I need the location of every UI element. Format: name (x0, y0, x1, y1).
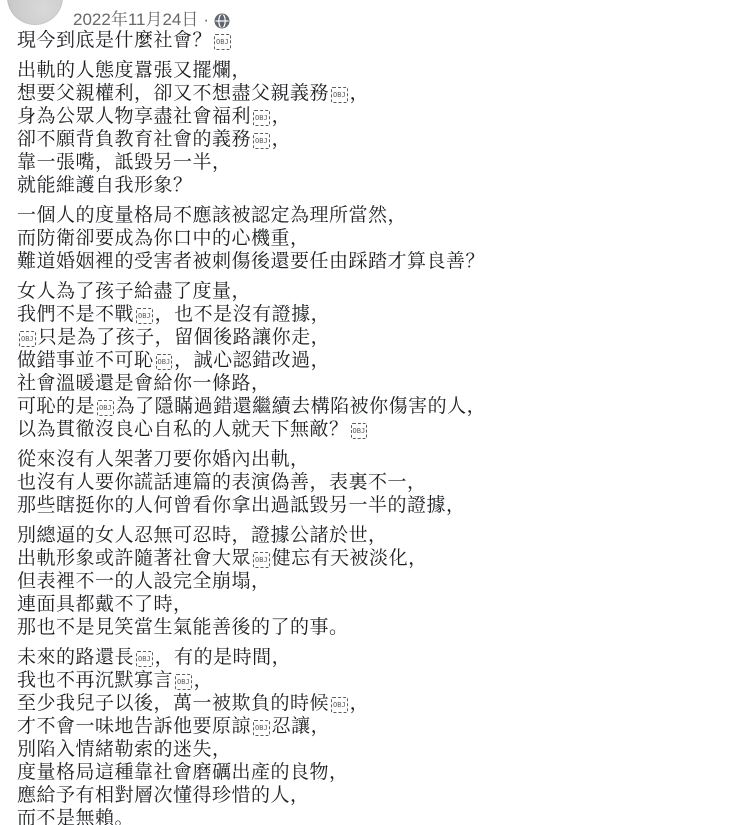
post-body: 現今到底是什麼社會？OBJ出軌的人態度囂張又擺爛，想要父親權利，卻又不想盡父親義… (17, 29, 717, 825)
post-paragraph: 一個人的度量格局不應該被認定為理所當然，而防衛卻要成為你口中的心機重，難道婚姻裡… (17, 204, 717, 273)
obj-placeholder: OBJ (214, 34, 231, 50)
post-timestamp[interactable]: 2022年11月24日 (73, 10, 198, 30)
obj-placeholder: OBJ (97, 400, 114, 416)
obj-placeholder: OBJ (175, 674, 192, 690)
obj-placeholder: OBJ (331, 87, 348, 103)
post-meta: 2022年11月24日 · (73, 10, 230, 30)
post-paragraph: 從來沒有人架著刀要你婚內出軌，也沒有人要你謊話連篇的表演偽善，表裏不一，那些瞎挺… (17, 448, 717, 517)
obj-placeholder: OBJ (253, 552, 270, 568)
obj-placeholder: OBJ (136, 651, 153, 667)
obj-placeholder: OBJ (351, 423, 368, 439)
post-paragraph: 女人為了孩子給盡了度量，我們不是不戰OBJ，也不是沒有證據，OBJ只是為了孩子，… (17, 280, 717, 441)
obj-placeholder: OBJ (331, 697, 348, 713)
obj-placeholder: OBJ (136, 308, 153, 324)
facebook-post: 2022年11月24日 · 現今到底是什麼社會？OBJ出軌的人態度囂張又擺爛，想… (0, 0, 749, 825)
obj-placeholder: OBJ (253, 110, 270, 126)
post-paragraph: 出軌的人態度囂張又擺爛，想要父親權利，卻又不想盡父親義務OBJ，身為公眾人物享盡… (17, 59, 717, 197)
obj-placeholder: OBJ (19, 331, 36, 347)
dot-separator: · (203, 10, 209, 30)
post-paragraph: 別總逼的女人忍無可忍時，證據公諸於世，出軌形象或許隨著社會大眾OBJ健忘有天被淡… (17, 524, 717, 639)
obj-placeholder: OBJ (253, 720, 270, 736)
post-paragraph: 現今到底是什麼社會？OBJ (17, 29, 717, 52)
profile-avatar[interactable] (7, 0, 63, 25)
obj-placeholder: OBJ (156, 354, 173, 370)
globe-privacy-icon (214, 13, 230, 29)
post-paragraph: 未來的路還長OBJ，有的是時間，我也不再沉默寡言OBJ，至少我兒子以後，萬一被欺… (17, 646, 717, 825)
obj-placeholder: OBJ (253, 133, 270, 149)
